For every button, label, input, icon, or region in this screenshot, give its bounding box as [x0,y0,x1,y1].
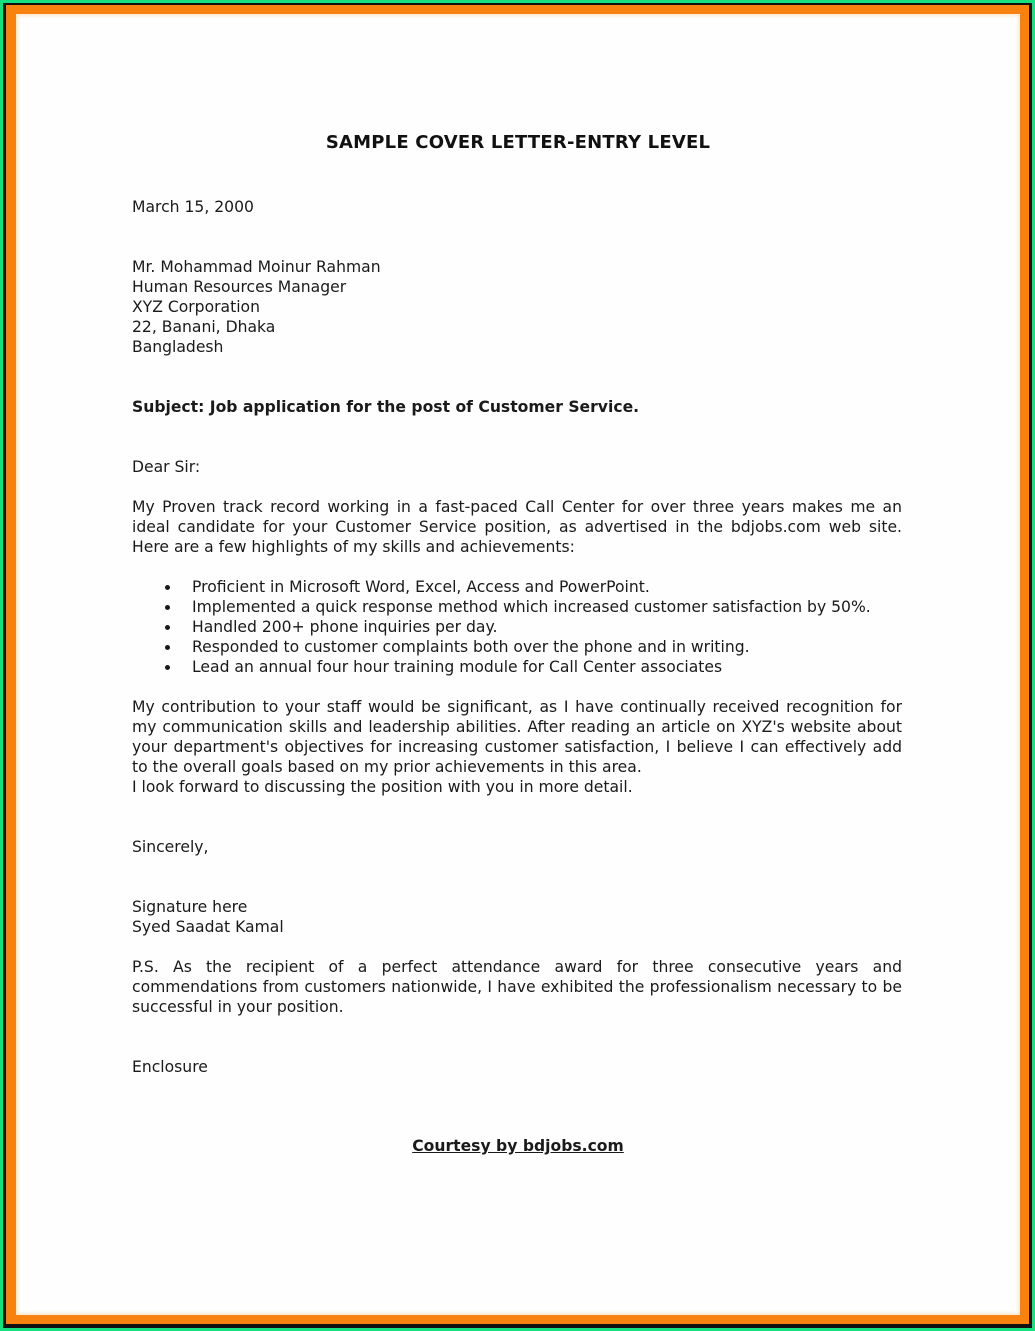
bullet-icon [165,665,170,670]
bullet-icon [165,585,170,590]
recipient-position: Human Resources Manager [132,277,902,297]
highlight-text: Handled 200+ phone inquiries per day. [192,618,497,636]
recipient-address: Mr. Mohammad Moinur Rahman Human Resourc… [132,257,902,357]
courtesy-link[interactable]: Courtesy by bdjobs.com [16,1136,1020,1156]
closing-paragraph: I look forward to discussing the positio… [132,777,902,797]
highlight-text: Proficient in Microsoft Word, Excel, Acc… [192,578,650,596]
body-paragraph: My contribution to your staff would be s… [132,697,902,777]
signature-placeholder: Signature here [132,897,902,917]
subject-text: Subject: Job application for the post of… [132,397,902,417]
date-text: March 15, 2000 [132,197,902,217]
subject-line: Subject: Job application for the post of… [132,397,902,417]
highlight-item: Lead an annual four hour training module… [132,657,902,677]
recipient-street: 22, Banani, Dhaka [132,317,902,337]
highlight-text: Lead an annual four hour training module… [192,658,722,676]
bullet-icon [165,645,170,650]
highlight-text: Implemented a quick response method whic… [192,598,871,616]
enclosure-text: Enclosure [132,1057,902,1077]
highlights-list: Proficient in Microsoft Word, Excel, Acc… [132,577,902,677]
recipient-name: Mr. Mohammad Moinur Rahman [132,257,902,277]
highlight-item: Implemented a quick response method whic… [132,597,902,617]
recipient-country: Bangladesh [132,337,902,357]
highlight-item: Proficient in Microsoft Word, Excel, Acc… [132,577,902,597]
salutation: Dear Sir: [132,457,902,477]
cover-letter: SAMPLE COVER LETTER-ENTRY LEVEL March 15… [16,14,1020,1315]
intro-paragraph: My Proven track record working in a fast… [132,497,902,557]
highlight-item: Handled 200+ phone inquiries per day. [132,617,902,637]
letter-date: March 15, 2000 [132,197,902,217]
salutation-text: Dear Sir: [132,457,902,477]
signature-block: Signature here Syed Saadat Kamal [132,897,902,937]
valediction-text: Sincerely, [132,837,902,857]
highlight-text: Responded to customer complaints both ov… [192,638,750,656]
postscript: P.S. As the recipient of a perfect atten… [132,957,902,1017]
closing-text: I look forward to discussing the positio… [132,777,902,797]
letter-page: SAMPLE COVER LETTER-ENTRY LEVEL March 15… [16,14,1020,1315]
bullet-icon [165,605,170,610]
valediction: Sincerely, [132,837,902,857]
highlight-item: Responded to customer complaints both ov… [132,637,902,657]
recipient-company: XYZ Corporation [132,297,902,317]
document-title: SAMPLE COVER LETTER-ENTRY LEVEL [16,133,1020,153]
enclosure: Enclosure [132,1057,902,1077]
bullet-icon [165,625,170,630]
sender-name: Syed Saadat Kamal [132,917,902,937]
